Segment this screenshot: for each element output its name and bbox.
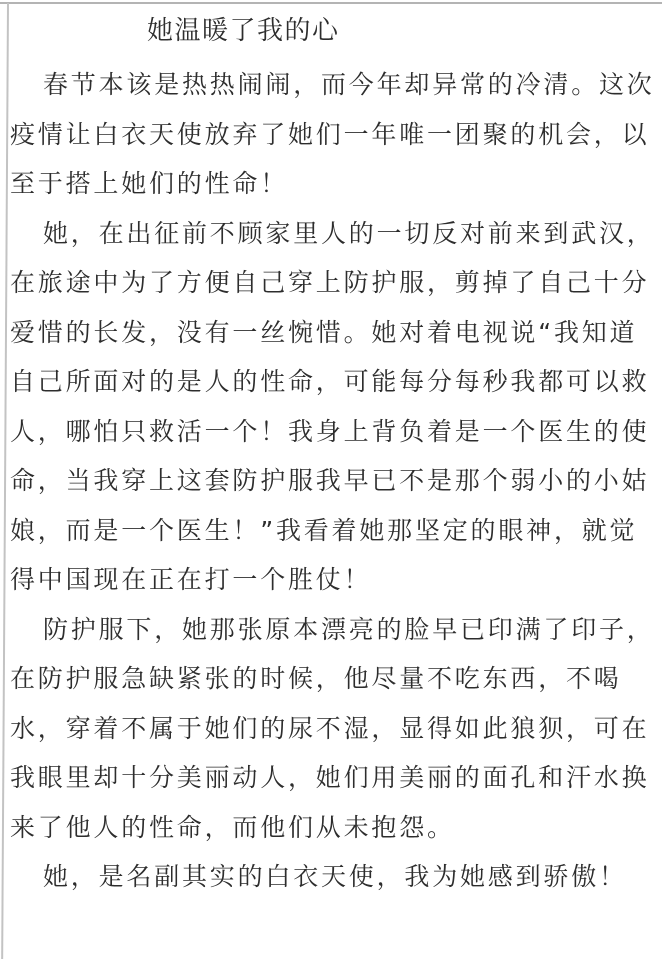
scan-top-edge: [0, 2, 662, 4]
handwritten-line: 自己所面对的是人的性命，可能每分每秒我都可以救: [10, 357, 658, 407]
essay-title: 她温暖了我的心: [147, 12, 340, 50]
handwritten-line: 爱惜的长发，没有一丝惋惜。她对着电视说“我知道: [10, 308, 658, 358]
handwritten-line: 我眼里却十分美丽动人，她们用美丽的面孔和汗水换: [10, 753, 658, 803]
scan-left-edge: [1, 3, 9, 959]
handwritten-line: 在防护服急缺紧张的时候，他尽量不吃东西，不喝: [10, 654, 658, 704]
handwritten-line: 春节本该是热热闹闹，而今年却异常的冷清。这次: [10, 60, 658, 110]
handwritten-line: 疫情让白衣天使放弃了她们一年唯一团聚的机会，以: [10, 110, 658, 160]
handwritten-line: 来了他人的性命，而他们从未抱怨。: [10, 803, 658, 853]
handwritten-line: 娘，而是一个医生！”我看着她那坚定的眼神，就觉: [10, 506, 658, 556]
handwritten-essay-page: 她温暖了我的心 春节本该是热热闹闹，而今年却异常的冷清。这次 疫情让白衣天使放弃…: [0, 0, 662, 959]
handwritten-line: 防护服下，她那张原本漂亮的脸早已印满了印子，: [10, 605, 658, 655]
handwritten-line: 人，哪怕只救活一个！我身上背负着是一个医生的使: [10, 407, 658, 457]
essay-body: 春节本该是热热闹闹，而今年却异常的冷清。这次 疫情让白衣天使放弃了她们一年唯一团…: [10, 60, 658, 902]
handwritten-line: 命，当我穿上这套防护服我早已不是那个弱小的小姑: [10, 456, 658, 506]
handwritten-line: 得中国现在正在打一个胜仗！: [10, 555, 658, 605]
handwritten-line: 她，在出征前不顾家里人的一切反对前来到武汉，: [10, 209, 658, 259]
handwritten-line: 水，穿着不属于她们的尿不湿，显得如此狼狈，可在: [10, 704, 658, 754]
handwritten-line: 至于搭上她们的性命！: [10, 159, 658, 209]
handwritten-line: 在旅途中为了方便自己穿上防护服，剪掉了自己十分: [10, 258, 658, 308]
handwritten-line: 她，是名副其实的白衣天使，我为她感到骄傲！: [10, 852, 658, 902]
